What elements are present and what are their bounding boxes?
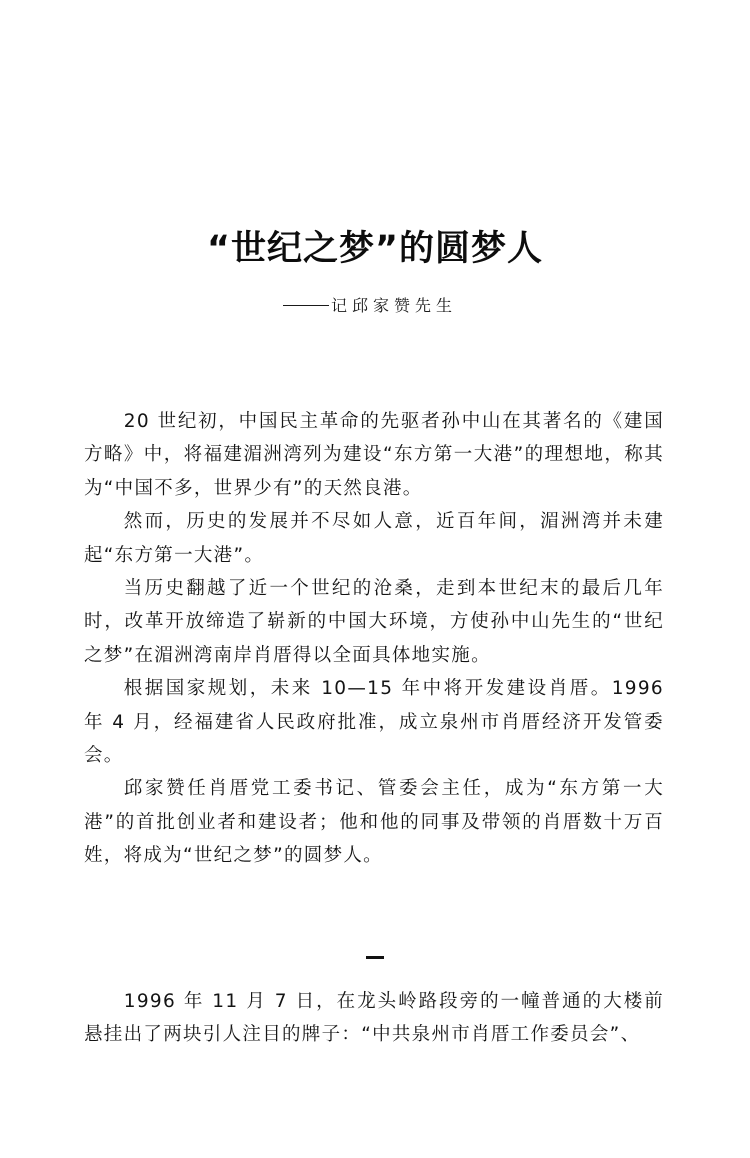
section-two-body: 1996 年 11 月 7 日，在龙头岭路段旁的一幢普通的大楼前悬挂出了两块引人… bbox=[84, 985, 664, 1052]
article-subtitle: 记邱家赞先生 bbox=[283, 293, 457, 319]
paragraph: 邱家赞任肖厝党工委书记、管委会主任，成为“东方第一大港”的首批创业者和建设者；他… bbox=[84, 772, 664, 872]
section-number-marker: 一 bbox=[366, 956, 384, 959]
document-page: “世纪之梦”的圆梦人 记邱家赞先生 20 世纪初，中国民主革命的先驱者孙中山在其… bbox=[0, 0, 750, 1158]
article-subtitle-text: 记邱家赞先生 bbox=[331, 296, 457, 315]
paragraph: 然而，历史的发展并不尽如人意，近百年间，湄洲湾并未建起“东方第一大港”。 bbox=[84, 505, 664, 572]
article-title: “世纪之梦”的圆梦人 bbox=[0, 226, 750, 272]
em-dash-rule bbox=[283, 305, 329, 307]
paragraph: 根据国家规划，未来 10—15 年中将开发建设肖厝。1996 年 4 月，经福建… bbox=[84, 672, 664, 772]
paragraph: 1996 年 11 月 7 日，在龙头岭路段旁的一幢普通的大楼前悬挂出了两块引人… bbox=[84, 985, 664, 1052]
section-one-body: 20 世纪初，中国民主革命的先驱者孙中山在其著名的《建国方略》中，将福建湄洲湾列… bbox=[84, 405, 664, 873]
paragraph: 20 世纪初，中国民主革命的先驱者孙中山在其著名的《建国方略》中，将福建湄洲湾列… bbox=[84, 405, 664, 505]
paragraph: 当历史翻越了近一个世纪的沧桑，走到本世纪末的最后几年时，改革开放缔造了崭新的中国… bbox=[84, 572, 664, 672]
